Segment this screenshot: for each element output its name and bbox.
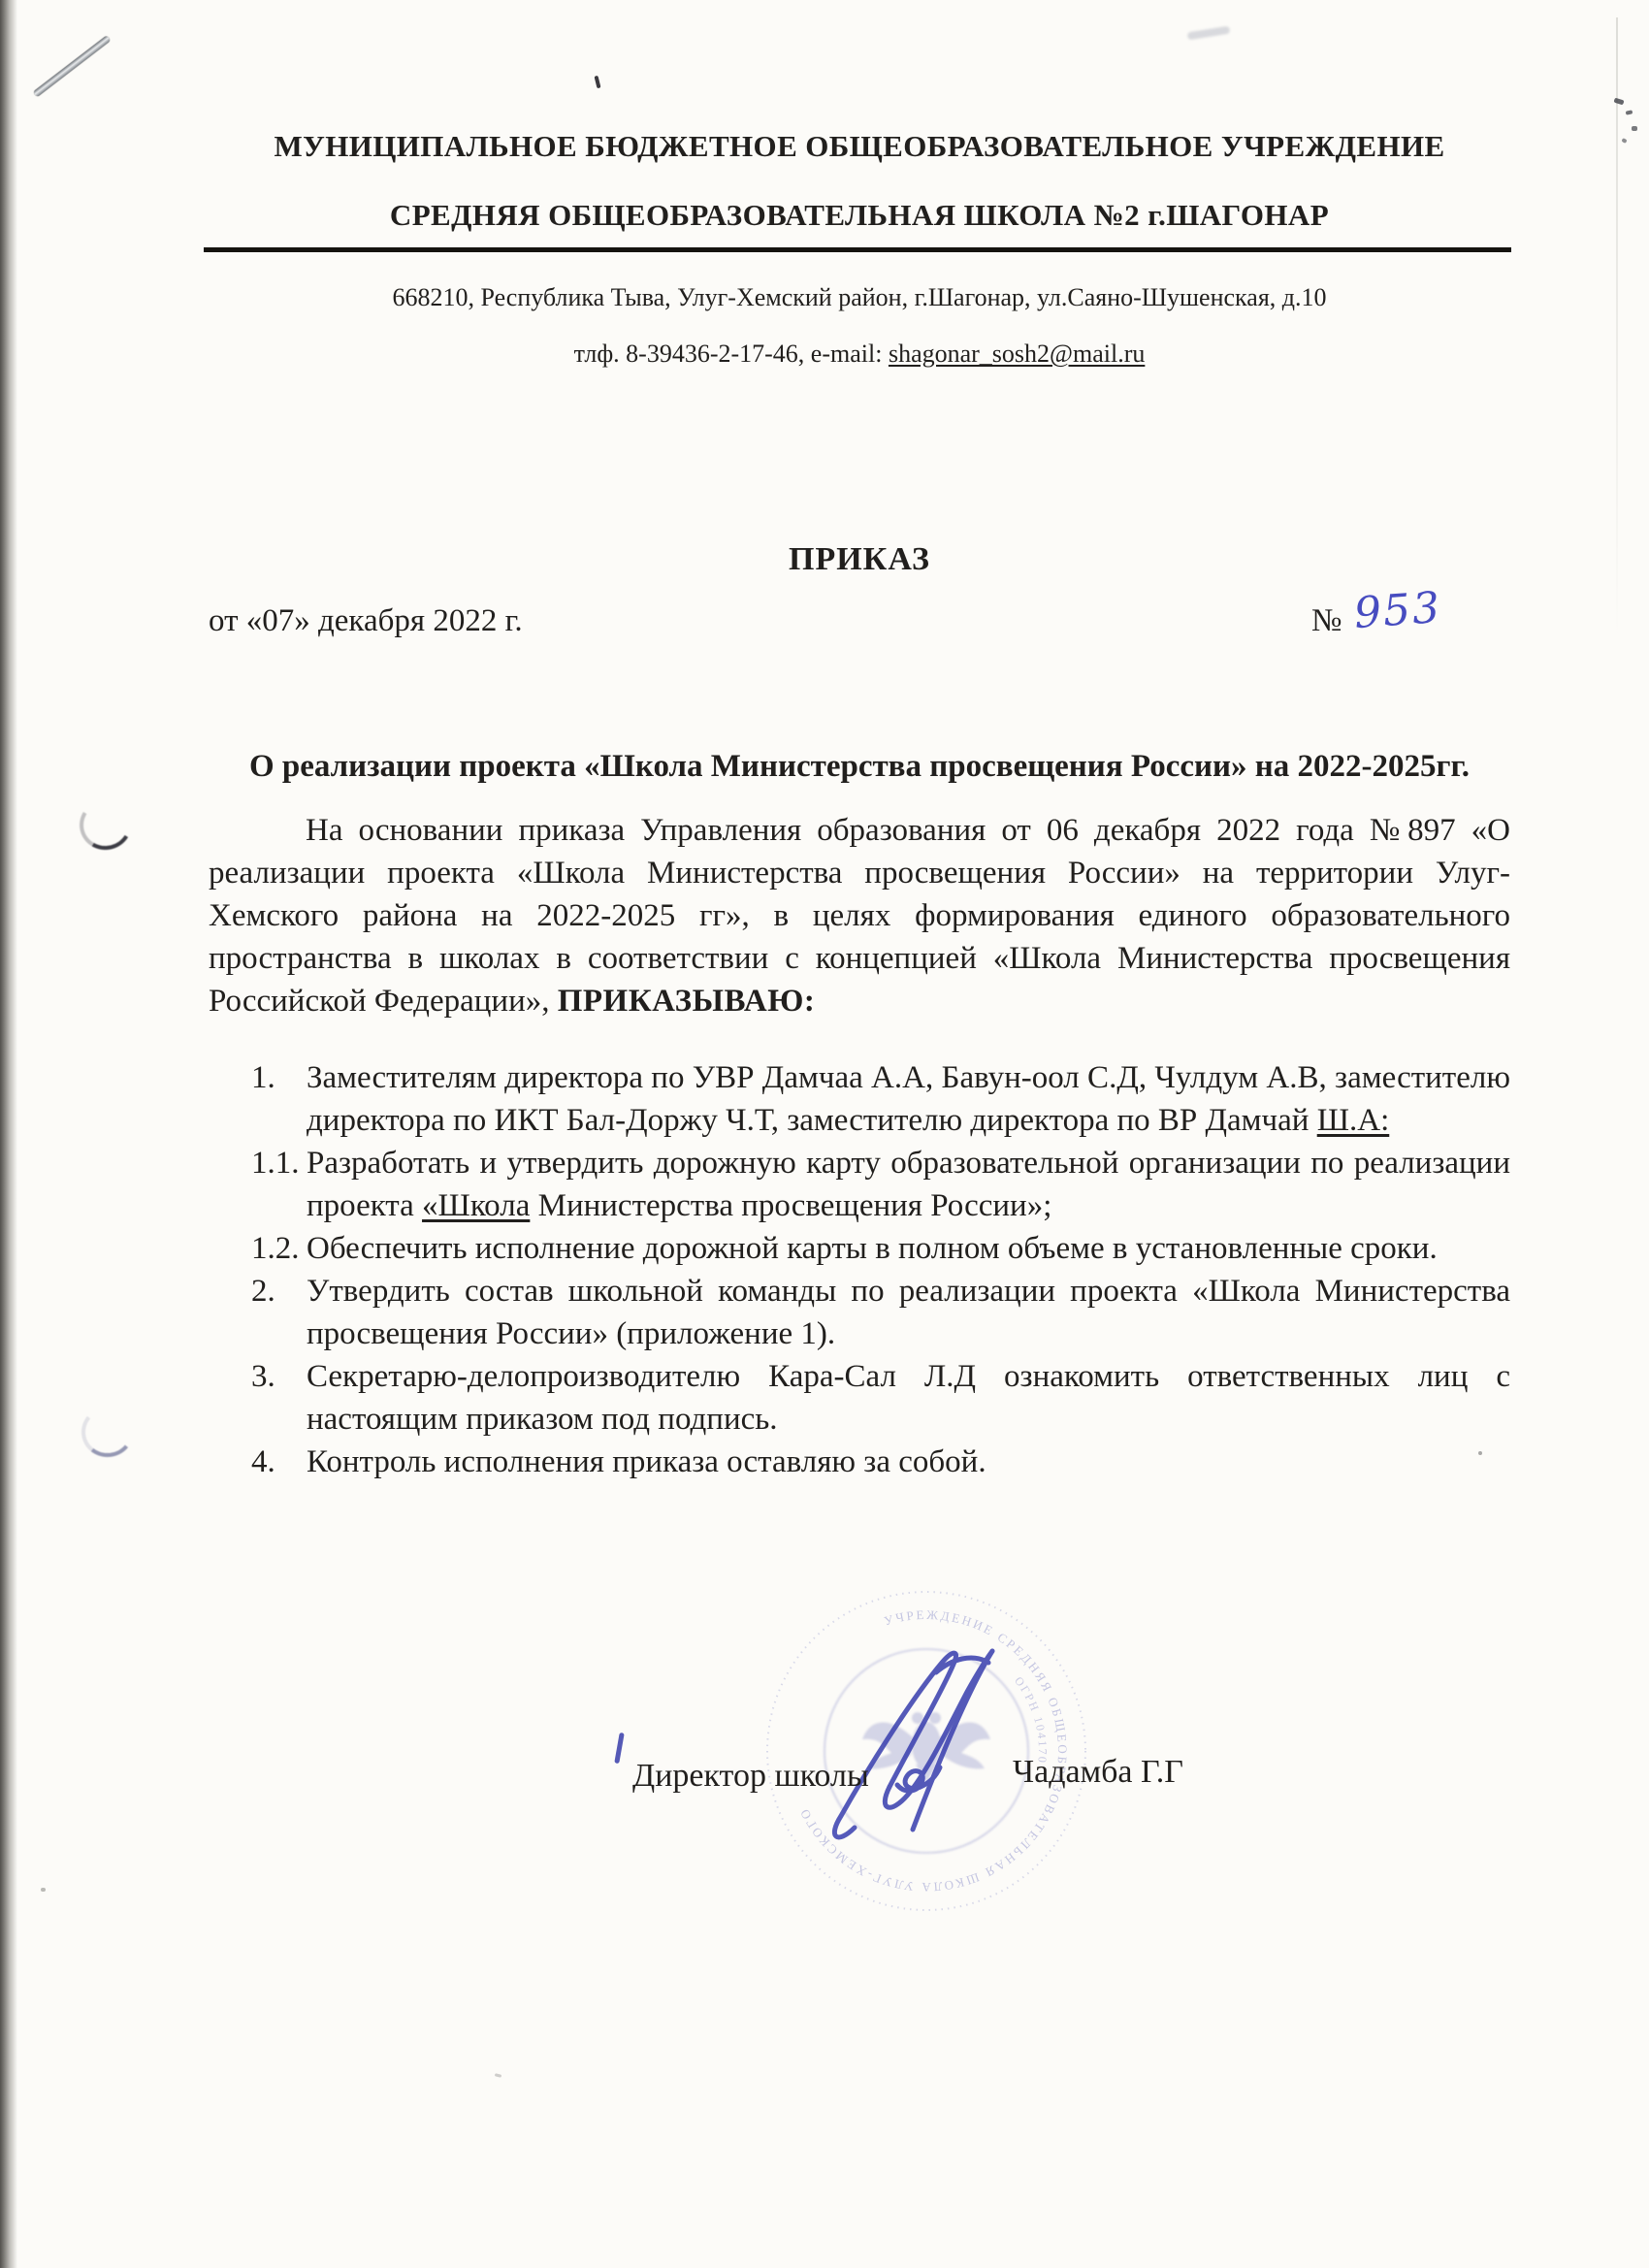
email-text: shagonar_sosh2@mail.ru xyxy=(889,340,1145,368)
ink-speck xyxy=(495,2073,502,2078)
intro-text: На основании приказа Управления образова… xyxy=(209,813,1510,1019)
letterhead-divider-rule xyxy=(204,247,1511,252)
punch-hole-shadow-top xyxy=(75,794,138,856)
scan-edge-shadow xyxy=(0,0,17,2268)
list-item: 2.Утвердить состав школьной команды по р… xyxy=(209,1270,1510,1355)
list-item: 4.Контроль исполнения приказа оставляю з… xyxy=(209,1441,1510,1483)
staple-mark xyxy=(33,35,111,97)
order-intro-paragraph: На основании приказа Управления образова… xyxy=(209,809,1510,1022)
order-number-sign: № xyxy=(1311,603,1342,639)
intro-verb: ПРИКАЗЫВАЮ: xyxy=(558,984,816,1019)
list-item-number: 1.1. xyxy=(251,1142,300,1184)
list-item-number: 1. xyxy=(251,1056,275,1099)
order-date: от «07» декабря 2022 г. xyxy=(209,603,523,639)
list-item-text: Контроль исполнения приказа оставляю за … xyxy=(307,1444,986,1479)
pen-tick-mark xyxy=(594,76,600,89)
list-item-number: 2. xyxy=(251,1270,275,1312)
signature-role-label: Директор школы xyxy=(632,1758,869,1795)
list-item-number: 1.2. xyxy=(251,1227,300,1270)
list-item: 3.Секретарю-делопроизводителю Кара-Сал Л… xyxy=(209,1355,1510,1441)
scan-edge-line-right xyxy=(1616,17,1618,638)
punch-hole-shadow-bottom xyxy=(79,1404,136,1459)
document-title: ПРИКАЗ xyxy=(209,541,1510,578)
ink-speck xyxy=(1626,110,1633,114)
list-item-number: 3. xyxy=(251,1355,275,1398)
phone-text: тлф. 8-39436-2-17-46, e-mail: xyxy=(574,340,889,368)
list-item-text: Секретарю-делопроизводителю Кара-Сал Л.Д… xyxy=(307,1359,1510,1437)
organization-name-line2: СРЕДНЯЯ ОБЩЕОБРАЗОВАТЕЛЬНАЯ ШКОЛА №2 г.Ш… xyxy=(209,198,1510,233)
list-item: 1.Заместителям директора по УВР Дамчаа А… xyxy=(209,1056,1510,1142)
list-item: 1.1.Разработать и утвердить дорожную кар… xyxy=(209,1142,1510,1227)
order-list: 1.Заместителям директора по УВР Дамчаа А… xyxy=(209,1056,1510,1483)
list-item-text: Обеспечить исполнение дорожной карты в п… xyxy=(307,1231,1438,1266)
pencil-smudge xyxy=(1187,26,1231,41)
organization-contacts: тлф. 8-39436-2-17-46, e-mail: shagonar_s… xyxy=(209,340,1510,369)
list-item-text: Разработать и утвердить дорожную карту о… xyxy=(307,1146,1510,1223)
organization-name-line1: МУНИЦИПАЛЬНОЕ БЮДЖЕТНОЕ ОБЩЕОБРАЗОВАТЕЛЬ… xyxy=(209,129,1510,164)
ink-speck xyxy=(41,1888,46,1892)
pen-tick-before-signature xyxy=(614,1733,624,1764)
list-item-text: Утвердить состав школьной команды по реа… xyxy=(307,1274,1510,1351)
ink-speck xyxy=(1621,138,1627,144)
list-item-text: Заместителям директора по УВР Дамчаа А.А… xyxy=(307,1060,1510,1138)
order-subject: О реализации проекта «Школа Министерства… xyxy=(209,749,1510,785)
list-item: 1.2.Обеспечить исполнение дорожной карты… xyxy=(209,1227,1510,1270)
scanned-document-page: МУНИЦИПАЛЬНОЕ БЮДЖЕТНОЕ ОБЩЕОБРАЗОВАТЕЛЬ… xyxy=(0,0,1649,2268)
list-item-number: 4. xyxy=(251,1441,275,1483)
order-number-handwritten: 953 xyxy=(1352,583,1442,638)
ink-speck xyxy=(1632,126,1637,131)
director-signature-ink xyxy=(820,1637,1033,1846)
organization-address: 668210, Республика Тыва, Улуг-Хемский ра… xyxy=(209,283,1510,312)
signature-name: Чадамба Г.Г xyxy=(1013,1754,1183,1791)
